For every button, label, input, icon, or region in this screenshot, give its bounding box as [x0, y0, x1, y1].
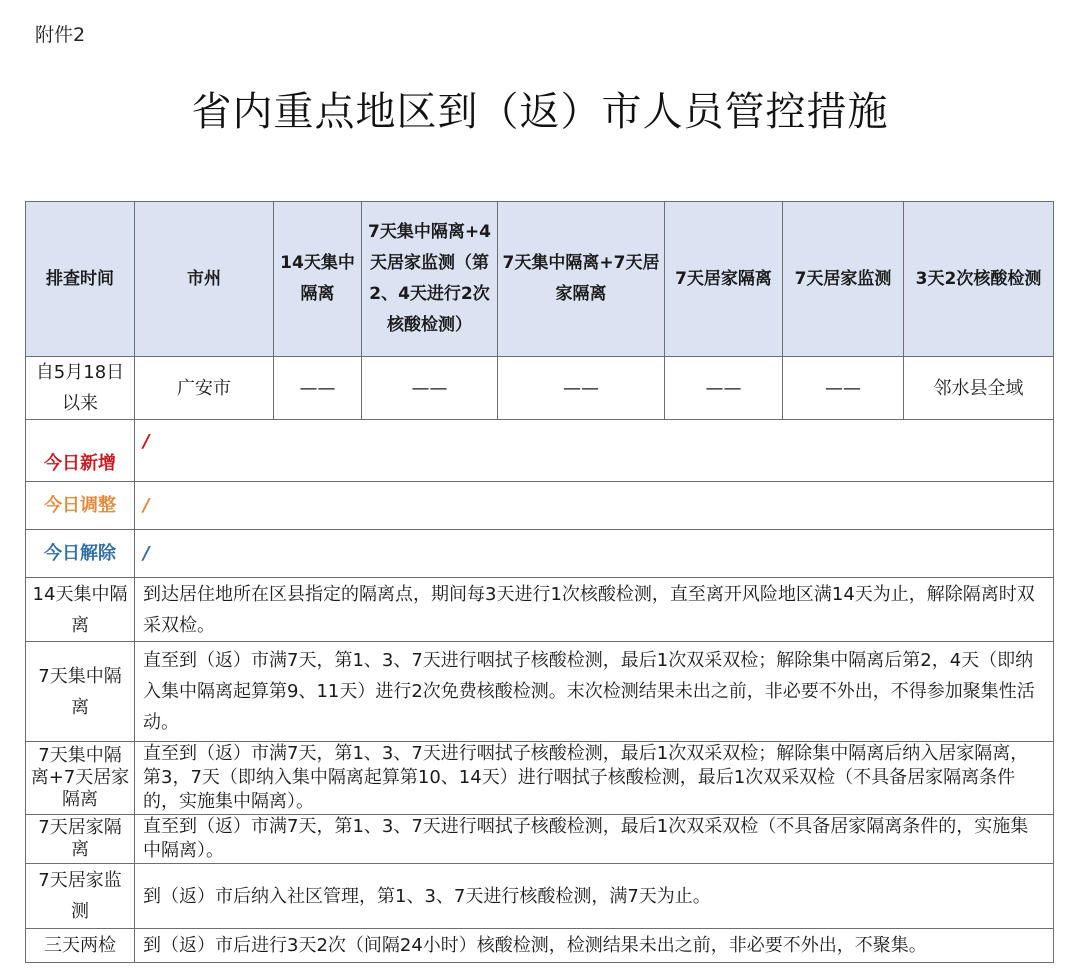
today-released-label: 今日解除	[26, 530, 135, 578]
measure-label: 7天居家监测	[26, 864, 135, 929]
cell-value: ——	[274, 357, 362, 420]
header-cell-7d-home-monitor: 7天居家监测	[783, 202, 904, 357]
cell-value: ——	[783, 357, 904, 420]
header-cell-7d-central-7d-home: 7天集中隔离+7天居家隔离	[498, 202, 665, 357]
cell-value: ——	[362, 357, 498, 420]
header-cell-3d-2-tests: 3天2次核酸检测	[904, 202, 1054, 357]
measure-label: 7天集中隔离+7天居家隔离	[26, 742, 135, 815]
today-released-row: 今日解除 /	[26, 530, 1054, 578]
measure-row: 14天集中隔离 到达居住地所在区县指定的隔离点，期间每3天进行1次核酸检测，直至…	[26, 578, 1054, 642]
measure-label: 7天集中隔离	[26, 642, 135, 742]
measure-text: 到达居住地所在区县指定的隔离点，期间每3天进行1次核酸检测，直至离开风险地区满1…	[135, 578, 1054, 642]
cell-value: 邻水县全域	[904, 357, 1054, 420]
cell-value: ——	[665, 357, 783, 420]
control-measures-table: 排查时间 市州 14天集中隔离 7天集中隔离+4天居家监测（第2、4天进行2次核…	[25, 201, 1054, 963]
header-cell-14d-central: 14天集中隔离	[274, 202, 362, 357]
today-new-label: 今日新增	[26, 420, 135, 482]
cell-city: 广安市	[135, 357, 274, 420]
measure-text: 直至到（返）市满7天，第1、3、7天进行咽拭子核酸检测，最后1次双采双检（不具备…	[135, 815, 1054, 864]
attachment-label: 附件2	[35, 20, 85, 47]
measure-label: 14天集中隔离	[26, 578, 135, 642]
today-adjusted-value: /	[135, 482, 1054, 530]
measure-row: 7天集中隔离 直至到（返）市满7天，第1、3、7天进行咽拭子核酸检测，最后1次双…	[26, 642, 1054, 742]
today-released-value: /	[135, 530, 1054, 578]
measure-label: 三天两检	[26, 929, 135, 963]
header-cell-7d-home-isolation: 7天居家隔离	[665, 202, 783, 357]
header-cell-7d-central-4d-home-monitor: 7天集中隔离+4天居家监测（第2、4天进行2次核酸检测）	[362, 202, 498, 357]
measure-row: 7天居家监测 到（返）市后纳入社区管理，第1、3、7天进行核酸检测，满7天为止。	[26, 864, 1054, 929]
measure-row: 7天居家隔离 直至到（返）市满7天，第1、3、7天进行咽拭子核酸检测，最后1次双…	[26, 815, 1054, 864]
page-title: 省内重点地区到（返）市人员管控措施	[0, 80, 1080, 137]
measure-row: 7天集中隔离+7天居家隔离 直至到（返）市满7天，第1、3、7天进行咽拭子核酸检…	[26, 742, 1054, 815]
measure-text: 直至到（返）市满7天，第1、3、7天进行咽拭子核酸检测，最后1次双采双检；解除集…	[135, 642, 1054, 742]
cell-value: ——	[498, 357, 665, 420]
measure-text: 到（返）市后纳入社区管理，第1、3、7天进行核酸检测，满7天为止。	[135, 864, 1054, 929]
measure-text: 直至到（返）市满7天，第1、3、7天进行咽拭子核酸检测，最后1次双采双检；解除集…	[135, 742, 1054, 815]
measure-text: 到（返）市后进行3天2次（间隔24小时）核酸检测，检测结果未出之前，非必要不外出…	[135, 929, 1054, 963]
header-row: 排查时间 市州 14天集中隔离 7天集中隔离+4天居家监测（第2、4天进行2次核…	[26, 202, 1054, 357]
today-new-value: /	[135, 420, 1054, 482]
header-cell-time: 排查时间	[26, 202, 135, 357]
today-new-row: 今日新增 /	[26, 420, 1054, 482]
measure-label: 7天居家隔离	[26, 815, 135, 864]
today-adjusted-label: 今日调整	[26, 482, 135, 530]
cell-time: 自5月18日以来	[26, 357, 135, 420]
measure-row: 三天两检 到（返）市后进行3天2次（间隔24小时）核酸检测，检测结果未出之前，非…	[26, 929, 1054, 963]
header-cell-city: 市州	[135, 202, 274, 357]
today-adjusted-row: 今日调整 /	[26, 482, 1054, 530]
data-row: 自5月18日以来 广安市 —— —— —— —— —— 邻水县全域	[26, 357, 1054, 420]
